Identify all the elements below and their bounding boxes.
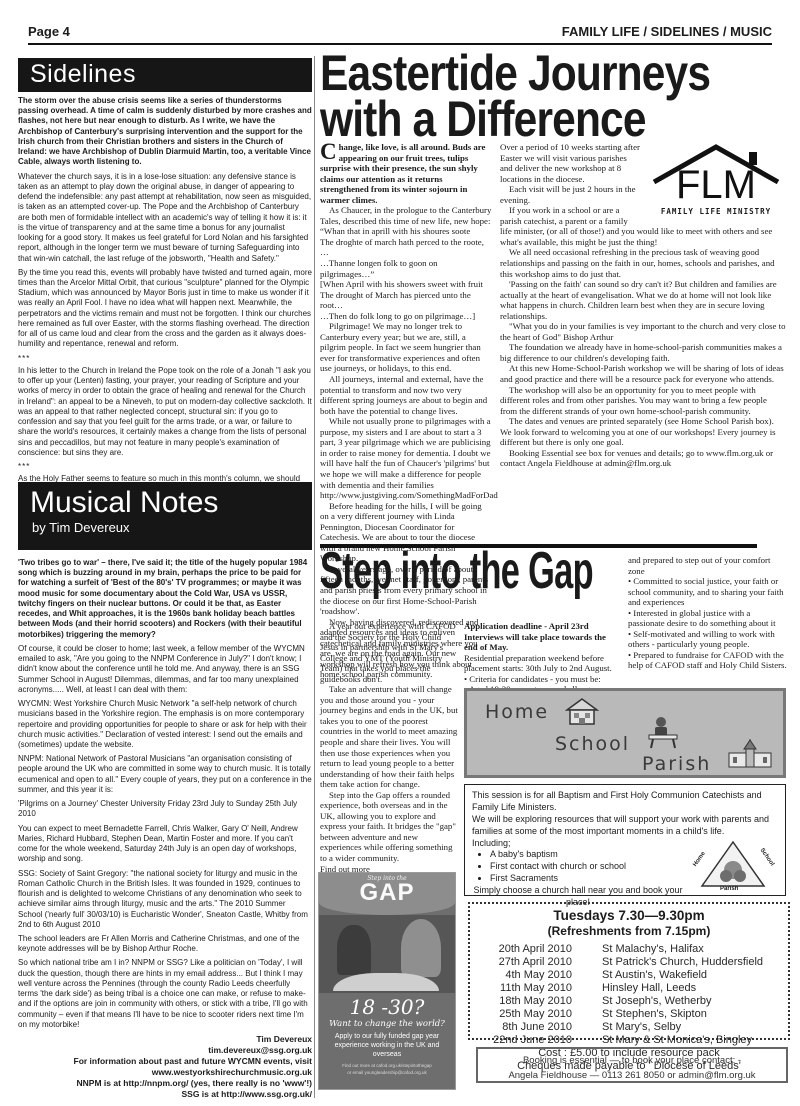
gap-ad-fine1: Find out more at cafod.org.uk/stepintoth… xyxy=(319,1063,455,1070)
gap-column-middle: Application deadline - April 23rd Interv… xyxy=(464,621,621,695)
gap-paragraph: A year out experience with CAFOD and the… xyxy=(320,621,459,684)
eastertide-headline: Eastertide Journeys with a Difference xyxy=(320,50,710,142)
schedule-row: 4th May 2010St Austin's, Wakefield xyxy=(476,969,782,982)
signature-line: For information about past and future WY… xyxy=(18,1056,312,1067)
schedule-venue: St Mary's, Selby xyxy=(602,1021,782,1034)
signature-line: Tim Devereux xyxy=(18,1034,312,1045)
eastertide-paragraph: The foundation we already have in home-s… xyxy=(500,342,786,363)
musical-notes-header: Musical Notes by Tim Devereux xyxy=(18,482,312,550)
gap-advert-image: Step into the GAP 18 -30? Want to change… xyxy=(318,872,456,1090)
gap-paragraph: Application deadline - April 23rd Interv… xyxy=(464,621,621,653)
gap-paragraph: Step into the Gap offers a rounded exper… xyxy=(320,790,459,864)
gap-ad-headline: 18 -30? xyxy=(319,997,455,1017)
schedule-date: 20th April 2010 xyxy=(476,943,572,956)
schedule-row: 27th April 2010St Patrick's Church, Hudd… xyxy=(476,956,782,969)
gap-paragraph: • Criteria for candidates - you must be: xyxy=(464,674,621,685)
schedule-venue: Hinsley Hall, Leeds xyxy=(602,982,782,995)
gap-ad-brand: GAP xyxy=(319,882,455,904)
schedule-date: 25th May 2010 xyxy=(476,1008,572,1021)
verse-line: The droghte of march hath perced to the … xyxy=(320,237,492,258)
musical-signature-block: Tim Devereux tim.devereux@ssg.org.uk For… xyxy=(18,1034,312,1100)
schedule-row: 8th June 2010St Mary's, Selby xyxy=(476,1021,782,1034)
verse-line: [When April with his showers sweet with … xyxy=(320,279,492,290)
gap-paragraph: • Self-motivated and willing to work wit… xyxy=(628,629,789,650)
eastertide-paragraph: Booking Essential see box for venues and… xyxy=(500,448,786,469)
drop-cap: C xyxy=(320,142,337,161)
eastertide-lead: Change, like love, is all around. Buds a… xyxy=(320,142,492,205)
sidelines-paragraph: Whatever the church says, it is in a los… xyxy=(18,172,312,264)
sidelines-paragraph: By the time you read this, events will p… xyxy=(18,268,312,350)
schedule-row: 18th May 2010St Joseph's, Wetherby xyxy=(476,995,782,1008)
sidelines-lead: The storm over the abuse crisis seems li… xyxy=(18,96,312,168)
eastertide-paragraph: At this new Home-School-Parish workshop … xyxy=(500,363,786,384)
eastertide-paragraph: As Chaucer, in the prologue to the Cante… xyxy=(320,205,492,226)
session-line: We will be exploring resources that will… xyxy=(472,814,778,838)
musical-paragraph: WYCMN: West Yorkshire Church Music Netwo… xyxy=(18,699,312,750)
schedule-venue: St Malachy's, Halifax xyxy=(602,943,782,956)
eastertide-paragraph: "What you do in your families is vey imp… xyxy=(500,321,786,342)
signature-line: SSG is at http://www.ssg.org.uk/ xyxy=(18,1089,312,1100)
gap-ad-text: 18 -30? Want to change the world? Apply … xyxy=(319,993,455,1077)
booking-box: Booking is essential — to book your plac… xyxy=(476,1047,788,1083)
newspaper-page: Page 4 FAMILY LIFE / SIDELINES / MUSIC S… xyxy=(0,0,800,1106)
headline-line1: Eastertide Journeys xyxy=(320,50,710,96)
gap-ad-fineprint: Find out more at cafod.org.uk/stepintoth… xyxy=(319,1063,455,1077)
eastertide-paragraph: While not usually prone to pilgrimages w… xyxy=(320,416,492,500)
photo-figure xyxy=(401,919,441,977)
gap-paragraph: Residential preparation weekend before p… xyxy=(464,653,621,674)
musical-notes-byline: by Tim Devereux xyxy=(18,520,312,535)
eastertide-paragraph: We all need occasional refreshing in the… xyxy=(500,247,786,279)
triangle-icon xyxy=(696,840,770,892)
hsp-school-label: School xyxy=(555,733,630,755)
signature-line: NNPM is at http://nnpm.org/ (yes, there … xyxy=(18,1078,312,1089)
column-divider xyxy=(314,56,315,1098)
session-line: This session is for all Baptism and Firs… xyxy=(472,790,778,814)
schedule-venue: St Joseph's, Wetherby xyxy=(602,995,782,1008)
musical-lead: 'Two tribes go to war' – there, I've sai… xyxy=(18,558,312,640)
gap-paragraph: Take an adventure that will change you a… xyxy=(320,684,459,789)
booking-line2: Angela Fieldhouse — 0113 261 8050 or adm… xyxy=(478,1068,786,1083)
gap-column-right: and prepared to step out of your comfort… xyxy=(628,555,789,671)
verse-line: “Whan that in aprill with his shoures so… xyxy=(320,226,492,237)
pupil-desk-icon xyxy=(645,715,681,749)
verse-line: The drought of March has pierced unto th… xyxy=(320,290,492,311)
musical-paragraph: NNPM: National Network of Pastoral Music… xyxy=(18,754,312,795)
house-icon xyxy=(565,697,599,727)
schedule-venue: St Austin's, Wakefield xyxy=(602,969,782,982)
schedule-date: 18th May 2010 xyxy=(476,995,572,1008)
booking-line1: Booking is essential — to book your plac… xyxy=(478,1053,786,1068)
gap-paragraph: • Committed to social justice, your fait… xyxy=(628,576,789,608)
gap-paragraph: and prepared to step out of your comfort… xyxy=(628,555,789,576)
sidelines-title: Sidelines xyxy=(18,58,312,89)
schedule-row: 20th April 2010St Malachy's, Halifax xyxy=(476,943,782,956)
musical-paragraph: So which national tribe am I in? NNPM or… xyxy=(18,958,312,1030)
schedule-venue: St Mary & St Monica's, Bingley xyxy=(602,1034,782,1047)
verse-line: …Then do folk long to go on pilgrimage…] xyxy=(320,311,492,322)
page-number: Page 4 xyxy=(28,24,70,39)
session-info-box: This session is for all Baptism and Firs… xyxy=(464,784,786,896)
gap-paragraph: • Interested in global justice with a pa… xyxy=(628,608,789,629)
flm-house-icon: FLM xyxy=(650,142,782,204)
tri-parish-label: Parish xyxy=(720,886,738,894)
sidelines-header: Sidelines xyxy=(18,58,312,92)
sidelines-paragraph: In his letter to the Church in Ireland t… xyxy=(18,366,312,458)
schedule-row: 22nd June 2010St Mary & St Monica's, Bin… xyxy=(476,1034,782,1047)
hsp-parish-label: Parish xyxy=(642,753,711,775)
musical-notes-title: Musical Notes xyxy=(18,482,312,520)
schedule-row: 11th May 2010Hinsley Hall, Leeds xyxy=(476,982,782,995)
home-school-parish-box: Home School Parish xyxy=(464,688,786,778)
sidelines-article: The storm over the abuse crisis seems li… xyxy=(18,96,312,544)
signature-line: tim.devereux@ssg.org.uk xyxy=(18,1045,312,1056)
hsp-triangle-logo: Home School Parish xyxy=(690,840,776,900)
flm-logo: FLM FAMILY LIFE MINISTRY xyxy=(646,142,786,222)
musical-paragraph: The school leaders are Fr Allen Morris a… xyxy=(18,934,312,954)
eastertide-paragraph: The workshop will also be an opportunity… xyxy=(500,385,786,417)
eastertide-column-2: FLM FAMILY LIFE MINISTRY Over a period o… xyxy=(500,142,786,469)
photo-figure xyxy=(337,925,371,975)
gap-ad-subhead: Want to change the world? xyxy=(319,1019,455,1029)
verse-line: …Thanne longen folk to goon on pilgrimag… xyxy=(320,258,492,279)
schedule-subtitle: (Refreshments from 7.15pm) xyxy=(476,924,782,938)
musical-paragraph: You can expect to meet Bernadette Farrel… xyxy=(18,824,312,865)
sidelines-separator: *** xyxy=(18,354,312,364)
musical-paragraph: Of course, it could be closer to home; l… xyxy=(18,644,312,695)
schedule-date: 4th May 2010 xyxy=(476,969,572,982)
gap-paragraph: • Prepared to fundraise for CAFOD with t… xyxy=(628,650,789,671)
schedule-date: 8th June 2010 xyxy=(476,1021,572,1034)
schedule-title: Tuesdays 7.30—9.30pm xyxy=(476,908,782,924)
signature-line: www.westyorkshirechurchmusic.org.uk xyxy=(18,1067,312,1078)
schedule-venue: St Stephen's, Skipton xyxy=(602,1008,782,1021)
musical-paragraph: SSG: Society of Saint Gregory: "the nati… xyxy=(18,869,312,930)
schedule-date: 11th May 2010 xyxy=(476,982,572,995)
gap-headline: Step into the Gap xyxy=(320,548,593,596)
flm-logo-caption: FAMILY LIFE MINISTRY xyxy=(646,207,786,216)
eastertide-paragraph: The dates and venues are printed separat… xyxy=(500,416,786,448)
schedule-date: 27th April 2010 xyxy=(476,956,572,969)
schedule-box: Tuesdays 7.30—9.30pm (Refreshments from … xyxy=(468,902,790,1040)
headline-line2: with a Difference xyxy=(320,96,710,142)
gap-ad-fine2: or email youngleadership@cafod.org.uk xyxy=(319,1070,455,1077)
eastertide-paragraph: Pilgrimage! We may no longer trek to Can… xyxy=(320,321,492,374)
gap-ad-logo: Step into the GAP xyxy=(319,873,455,915)
gap-ad-photo xyxy=(319,915,455,993)
eastertide-paragraph: 'Passing on the faith' can sound so dry … xyxy=(500,279,786,321)
gap-ad-body: Apply to our fully funded gap year exper… xyxy=(325,1033,449,1059)
svg-text:FLM: FLM xyxy=(676,163,756,204)
section-header: FAMILY LIFE / SIDELINES / MUSIC xyxy=(562,24,772,39)
musical-paragraph: 'Pilgrims on a Journey' Chester Universi… xyxy=(18,799,312,819)
hsp-home-label: Home xyxy=(485,701,549,723)
church-icon xyxy=(727,739,773,769)
schedule-date: 22nd June 2010 xyxy=(476,1034,572,1047)
schedule-venue: St Patrick's Church, Huddersfield xyxy=(602,956,782,969)
eastertide-paragraph: All journeys, internal and external, hav… xyxy=(320,374,492,416)
musical-notes-article: 'Two tribes go to war' – there, I've sai… xyxy=(18,558,312,1100)
sidelines-separator: *** xyxy=(18,462,312,472)
schedule-row: 25th May 2010St Stephen's, Skipton xyxy=(476,1008,782,1021)
